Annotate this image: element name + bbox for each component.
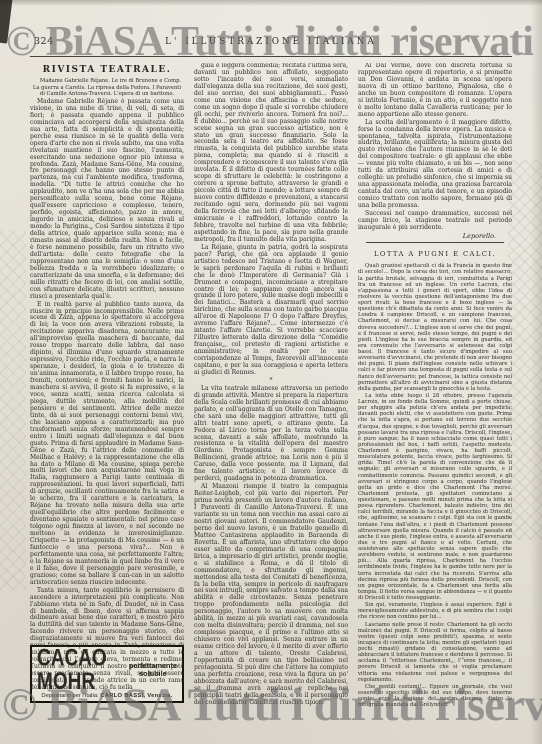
paragraph: Lasciamo nelle prese il resto: Charlemon… [358, 622, 512, 683]
paragraph: La scelta dell'argomento è il maggiore d… [358, 120, 512, 210]
column-right-text: Al Dal Verme, dove con discreta fortuna … [358, 63, 512, 708]
column-left: RIVISTA TEATRALE. Madame Gabrielle Réjan… [30, 63, 184, 715]
lace-bleedthrough-left [0, 230, 26, 590]
text-columns: RIVISTA TEATRALE. Madame Gabrielle Réjan… [30, 63, 512, 715]
paragraph: gaia e leggera commedia; recitata l'ulti… [194, 63, 348, 244]
publication-title: L' ILLUSTRAZIONE ITALIANA [0, 37, 542, 47]
page-curvature-shade [530, 0, 542, 744]
scan-edge-artifact [0, 0, 542, 6]
paragraph: E in realtà parve al pubblico tanto nuov… [30, 302, 184, 587]
column-right: Al Dal Verme, dove con discreta fortuna … [358, 63, 512, 715]
section-subtitle: Madame Gabrielle Réjane. Le ire di Bruno… [30, 78, 184, 98]
section-title-rivista-teatrale: RIVISTA TEATRALE. [30, 65, 184, 75]
column-left-text: RIVISTA TEATRALE. Madame Gabrielle Réjan… [30, 65, 184, 641]
paragraph: Successi nel campo drammatico, successi … [358, 211, 512, 232]
paragraph: Madame Gabrielle Réjane è passata come u… [30, 99, 184, 301]
author-signature: Leporello. [358, 233, 512, 241]
section-title-lotta: LOTTA A PUGNI E CALCI. [358, 251, 512, 259]
ad-brand-name: CACAO MOHR [37, 646, 124, 693]
paragraph: Al Dal Verme, dove con discreta fortuna … [358, 63, 512, 119]
header-rule [30, 56, 512, 57]
section-separator-mark: * [194, 378, 348, 385]
ad-tagline-line2: solubile [139, 669, 167, 678]
paragraph: La vita teatrale milanese attraversa un … [194, 386, 348, 483]
fine-print-section: Quali graziosi spettacoli ci dà la Franc… [358, 263, 512, 708]
column-middle-text: gaia e leggera commedia; recitata l'ulti… [194, 63, 348, 707]
paragraph: La lotta ebbe luogo il 28 ottobre, press… [358, 393, 512, 601]
paragraph: Che gentili costumi!... Eppure un giorna… [358, 684, 512, 709]
paragraph: Quali graziosi spettacoli ci dà la Franc… [358, 263, 512, 392]
ad-distributor-name: CARLO BASSI, Venezia. [100, 693, 172, 699]
scanned-newspaper-page: © BiASA Tutti i diritti riservati 324 L'… [0, 0, 542, 744]
column-middle: gaia e leggera commedia; recitata l'ulti… [194, 63, 348, 715]
paragraph: Al Manzoni riempie il teatro la compagni… [194, 484, 348, 707]
section-divider-rule [366, 242, 504, 243]
ad-tagline: perfettamente solubile [129, 662, 177, 678]
paragraph: La Réjane, giunta in patria, godrà la so… [194, 245, 348, 377]
paragraph: Sin qui, veramente, l'inglese è assai su… [358, 602, 512, 620]
